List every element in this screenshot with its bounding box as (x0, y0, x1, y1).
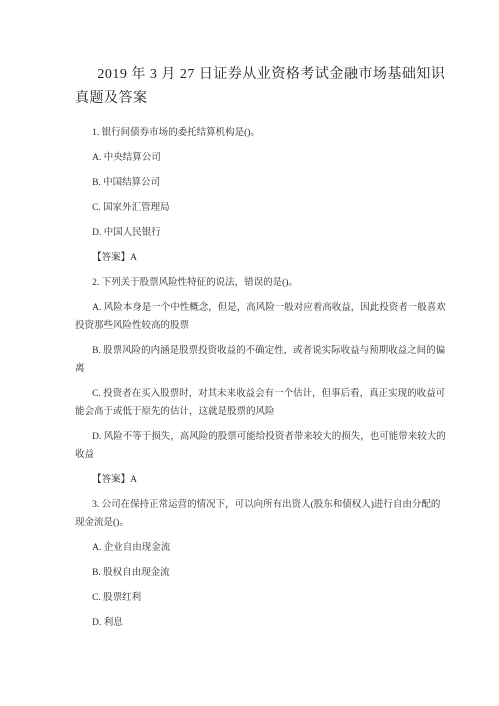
document-title: 2019 年 3 月 27 日证券从业资格考试金融市场基础知识 真题及答案 (75, 63, 454, 111)
question-2-stem: 2. 下列关于股票风险性特征的说法，错误的是()。 (75, 274, 454, 292)
question-1-option-c: C. 国家外汇管理局 (75, 199, 454, 217)
question-1-option-b: B. 中国结算公司 (75, 174, 454, 192)
question-3-option-b: B. 股权自由现金流 (75, 564, 454, 582)
question-1-option-a: A. 中央结算公司 (75, 149, 454, 167)
question-1-option-d: D. 中国人民银行 (75, 224, 454, 242)
question-2-option-a: A. 风险本身是一个中性概念，但是，高风险一般对应着高收益，因此投资者一般喜欢 … (75, 299, 454, 335)
question-3-stem: 3. 公司在保持正常运营的情况下，可以向所有出资人(股东和债权人)进行自由分配的… (75, 496, 454, 532)
question-1-answer: 【答案】A (75, 249, 454, 267)
question-1: 1. 银行间债券市场的委托结算机构是()。 A. 中央结算公司 B. 中国结算公… (75, 124, 454, 267)
question-1-stem: 1. 银行间债券市场的委托结算机构是()。 (75, 124, 454, 142)
question-2-option-c: C. 投资者在买入股票时，对其未来收益会有一个估计，但事后看，真正实现的收益可 … (75, 385, 454, 421)
question-2: 2. 下列关于股票风险性特征的说法，错误的是()。 A. 风险本身是一个中性概念… (75, 274, 454, 489)
question-3-option-d: D. 利息 (75, 614, 454, 632)
question-2-answer: 【答案】A (75, 471, 454, 489)
question-3: 3. 公司在保持正常运营的情况下，可以向所有出资人(股东和债权人)进行自由分配的… (75, 496, 454, 632)
document-page: 2019 年 3 月 27 日证券从业资格考试金融市场基础知识 真题及答案 1.… (0, 0, 499, 706)
question-3-option-c: C. 股票红利 (75, 589, 454, 607)
question-3-option-a: A. 企业自由现金流 (75, 539, 454, 557)
question-2-option-b: B. 股票风险的内涵是股票投资收益的不确定性，或者说实际收益与预期收益之间的偏 … (75, 342, 454, 378)
question-2-option-d: D. 风险不等于损失，高风险的股票可能给投资者带来较大的损失，也可能带来较大的 … (75, 428, 454, 464)
